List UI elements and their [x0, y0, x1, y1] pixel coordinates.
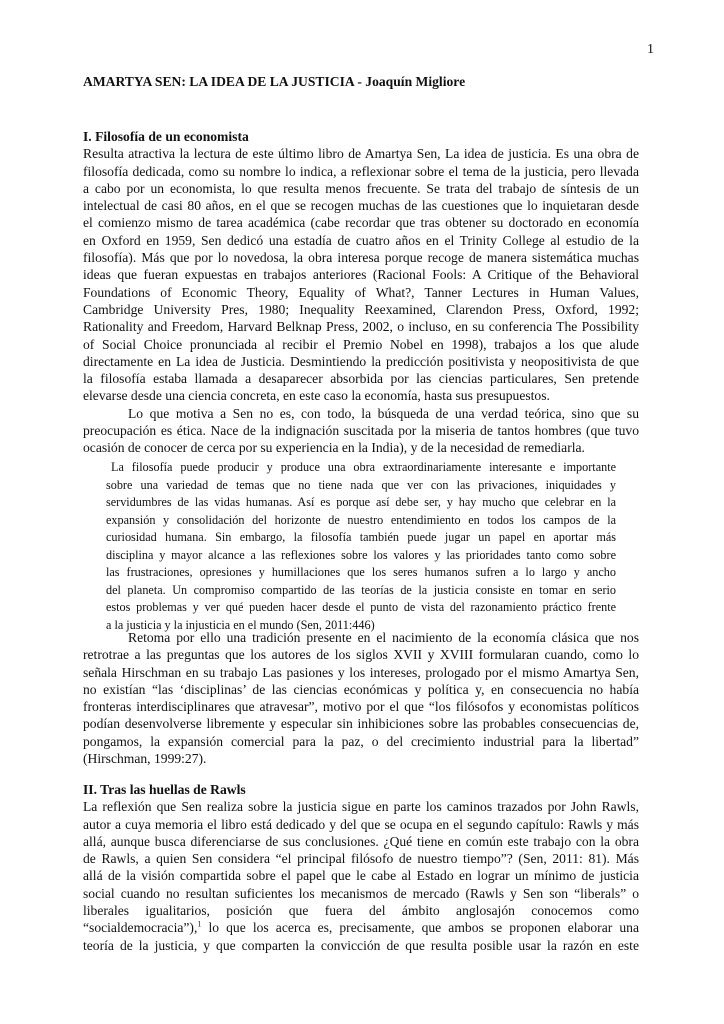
quote-line: servidumbres de las vidas humanas. Así e…	[106, 494, 616, 512]
text-line: el comienzo mismo de tarea académica (ca…	[83, 214, 639, 231]
text-line-with-footnote: “socialdemocracia”),1 lo que los acerca …	[83, 919, 639, 936]
paragraph: Resulta atractiva la lectura de este últ…	[83, 145, 639, 404]
text-line: intelectual de casi 80 años, en el que s…	[83, 197, 639, 214]
text-line: en Oxford en 1959, Sen dedicó una estadí…	[83, 232, 639, 249]
section-1: I. Filosofía de un economista Resulta at…	[83, 128, 639, 457]
text-line: retrotrae a las preguntas que los autore…	[83, 646, 639, 663]
quote-line: las frustraciones, opresiones y humillac…	[106, 564, 616, 582]
paragraph: Lo que motiva a Sen no es, con todo, la …	[83, 405, 639, 457]
text-line: filosofía). Más que por lo novedosa, la …	[83, 249, 639, 266]
text-line: (Hirschman, 1999:27).	[83, 750, 639, 767]
text-line: filosofía dedicada, como su nombre lo in…	[83, 163, 639, 180]
text-line: la filosofía estaba llamada a desaparece…	[83, 370, 639, 387]
text-line: preocupación es ética. Nace de la indign…	[83, 422, 639, 439]
text-line: Rationality and Freedom, Harvard Belknap…	[83, 318, 639, 335]
text-line: La reflexión que Sen realiza sobre la ju…	[83, 798, 639, 815]
text-line: Foundations of Economic Theory, Equality…	[83, 284, 639, 301]
text-line: of Social Choice pronunciada al recibir …	[83, 336, 639, 353]
text-line: allá, aunque busca diferenciarse de sus …	[83, 833, 639, 850]
block-quote: La filosofía puede producir y produce un…	[106, 459, 616, 634]
quote-line: disciplina y mayor alcance a las reflexi…	[106, 547, 616, 565]
section-heading-2: II. Tras las huellas de Rawls	[83, 781, 639, 798]
text-line: directamente en La idea de Justicia. Des…	[83, 353, 639, 370]
text-line: no existían “las ‘disciplinas’ de las ci…	[83, 681, 639, 698]
quote-line: curiosidad humana. Sin embargo, la filos…	[106, 529, 616, 547]
text-line: liberales igualitarios, posición que fue…	[83, 902, 639, 919]
text-line: Resulta atractiva la lectura de este últ…	[83, 145, 639, 162]
paragraph: Retoma por ello una tradición presente e…	[83, 629, 639, 767]
document-title: AMARTYA SEN: LA IDEA DE LA JUSTICIA - Jo…	[83, 74, 465, 90]
quote-line: estos problemas y ver qué pueden hacer d…	[106, 599, 616, 617]
text-line: señala Hirschman en su trabajo Las pasio…	[83, 664, 639, 681]
text-line: teoría de la justicia, y que comparten l…	[83, 937, 639, 954]
text-line: Cambridge University Pres, 1980; Inequal…	[83, 301, 639, 318]
text-line: autor a cuya memoria el libro está dedic…	[83, 816, 639, 833]
quote-line: del planeta. Un compromiso compartido de…	[106, 582, 616, 600]
text-line: a cabo por un economista, lo que resulta…	[83, 180, 639, 197]
text-line: Lo que motiva a Sen no es, con todo, la …	[83, 405, 639, 422]
section-1-continued: Retoma por ello una tradición presente e…	[83, 629, 639, 767]
section-2: II. Tras las huellas de Rawls La reflexi…	[83, 781, 639, 954]
text-line: Retoma por ello una tradición presente e…	[83, 629, 639, 646]
text-line: allá de la visión compartida sobre el pa…	[83, 867, 639, 884]
paragraph: La reflexión que Sen realiza sobre la ju…	[83, 798, 639, 954]
text-line: fronteras interdisciplinares que atraves…	[83, 698, 639, 715]
section-heading-1: I. Filosofía de un economista	[83, 128, 639, 145]
text-line: elevarse desde una ciencia concreta, en …	[83, 387, 639, 404]
quote-line: sobre una variedad de temas que no tiene…	[106, 477, 616, 495]
text-line: podían desenvolverse libremente y especu…	[83, 715, 639, 732]
text-line: pongamos, la expansión comercial para la…	[83, 733, 639, 750]
quote-line: La filosofía puede producir y produce un…	[106, 459, 616, 477]
quote-line: expansión y consolidación del horizonte …	[106, 512, 616, 530]
text-line: de Rawls, a quien Sen considera “el prin…	[83, 850, 639, 867]
text-line: social cuando no resultan suficientes lo…	[83, 885, 639, 902]
text-line: ocasión de conocer de cerca por su exper…	[83, 439, 639, 456]
text-line: ideas que fueran expuestas en trabajos a…	[83, 266, 639, 283]
page-number: 1	[647, 42, 654, 58]
text-fragment: lo que los acerca es, precisamente, que …	[201, 920, 639, 935]
text-fragment: “socialdemocracia”),	[83, 920, 197, 935]
